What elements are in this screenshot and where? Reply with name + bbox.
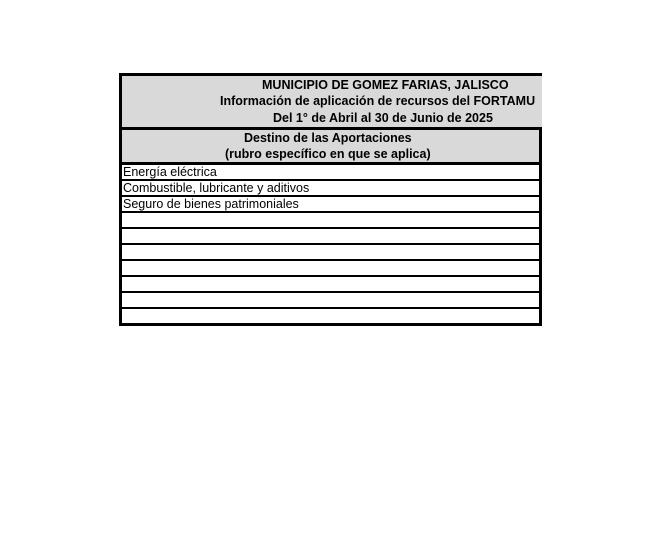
table-row[interactable] bbox=[122, 293, 539, 309]
table-row[interactable]: Energía eléctrica bbox=[122, 165, 539, 181]
report-period: Del 1° de Abril al 30 de Junio de 2025 bbox=[273, 110, 542, 126]
report-subtitle: Información de aplicación de recursos de… bbox=[220, 93, 542, 109]
column-header: Destino de las Aportaciones (rubro espec… bbox=[119, 127, 542, 165]
table-row[interactable] bbox=[122, 213, 539, 229]
table-row[interactable] bbox=[122, 309, 539, 323]
column-header-title: Destino de las Aportaciones bbox=[244, 130, 412, 146]
municipality-title: MUNICIPIO DE GOMEZ FARIAS, JALISCO bbox=[262, 77, 542, 93]
destination-list: Energía eléctrica Combustible, lubricant… bbox=[119, 165, 542, 326]
table-row[interactable]: Combustible, lubricante y aditivos bbox=[122, 181, 539, 197]
table-row[interactable] bbox=[122, 229, 539, 245]
table-row[interactable] bbox=[122, 261, 539, 277]
table-row[interactable] bbox=[122, 277, 539, 293]
table-row[interactable] bbox=[122, 245, 539, 261]
column-header-subtitle: (rubro específico en que se aplica) bbox=[225, 146, 431, 162]
report-sheet: MUNICIPIO DE GOMEZ FARIAS, JALISCO Infor… bbox=[119, 73, 542, 326]
report-title-block: MUNICIPIO DE GOMEZ FARIAS, JALISCO Infor… bbox=[119, 73, 542, 127]
table-row[interactable]: Seguro de bienes patrimoniales bbox=[122, 197, 539, 213]
